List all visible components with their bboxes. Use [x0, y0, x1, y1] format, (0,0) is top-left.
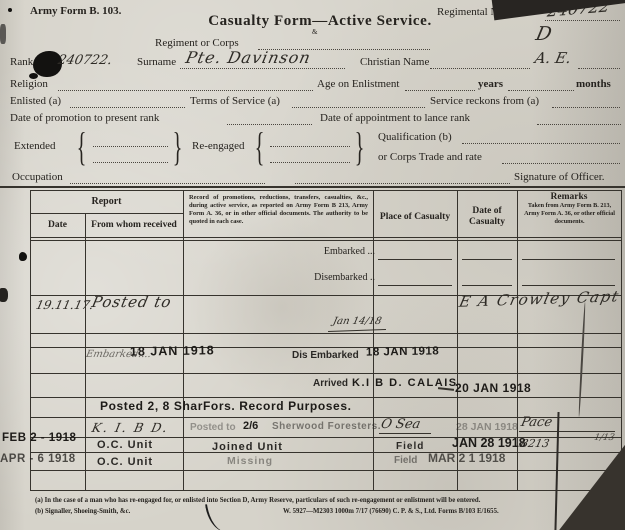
record-column-header: Record of promotions, reductions, transf…	[189, 194, 368, 226]
strike-line	[328, 329, 386, 332]
kibd-entry: K. I. B D.	[91, 421, 171, 435]
table-line	[30, 333, 622, 334]
dotted-leader	[405, 90, 475, 91]
table-line	[30, 240, 622, 241]
report-date-entry: 19.11.17.	[35, 299, 95, 312]
entry-rule	[378, 259, 452, 260]
o-sea-entry: O Sea	[379, 418, 421, 432]
missing-stamp: Missing	[227, 456, 273, 468]
occupation-label: Occupation	[12, 171, 63, 183]
oc-unit-stamp: O.C. Unit	[97, 439, 153, 451]
qualification-label: Qualification (b)	[378, 131, 452, 143]
form-number: Army Form B. 103.	[30, 5, 121, 17]
margin-note: 1/13	[593, 434, 615, 444]
extended-label: Extended	[14, 140, 56, 152]
section-d-mark: D	[534, 24, 554, 45]
service-reckons-label: Service reckons from (a)	[430, 95, 539, 107]
edge-mark	[0, 288, 8, 302]
place-column-header: Place of Casualty	[373, 212, 457, 222]
dotted-leader	[537, 124, 621, 125]
sherwood-foresters-stamp: Sherwood Foresters.	[272, 421, 381, 432]
posted-record-stamp: Posted 2, 8 SharFors. Record Purposes.	[100, 400, 352, 413]
christian-name-label: Christian Name	[360, 56, 429, 68]
footnote-a: (a) In the case of a man who has re-enga…	[35, 497, 480, 504]
months-label: months	[576, 78, 611, 90]
divider-line	[0, 186, 625, 188]
dotted-leader	[93, 146, 168, 147]
oc-unit-stamp: O.C. Unit	[97, 456, 153, 468]
edge-mark	[0, 24, 6, 44]
dotted-leader	[552, 107, 620, 108]
jan28-date-stamp: JAN 28 1918	[452, 437, 526, 451]
b213-note: B213	[519, 438, 551, 450]
table-border	[30, 190, 622, 191]
ink-speck	[8, 8, 12, 12]
pen-stroke	[379, 433, 431, 434]
entry-rule	[522, 259, 615, 260]
entry-rule	[462, 259, 512, 260]
dotted-leader	[58, 90, 313, 91]
dotted-leader	[508, 90, 574, 91]
officer-signature: E A Crowley Capt	[458, 288, 622, 310]
table-line	[30, 373, 622, 374]
printer-imprint: W. 5927—M2303 1000m 7/17 (76690) C. P. &…	[283, 508, 499, 515]
arrived-date-stamp: 20 JAN 1918	[455, 382, 531, 395]
page-title: Casualty Form—Active Service.	[170, 13, 470, 30]
years-label: years	[478, 78, 503, 90]
posted-to-faint-stamp: Posted to	[190, 422, 236, 433]
entry-rule	[522, 285, 615, 286]
pen-squiggle	[205, 502, 227, 530]
surname-value: Pte. Davinson	[184, 49, 313, 67]
disembarked-date-stamp: 18 JAN 1918	[366, 345, 439, 359]
table-border	[30, 490, 622, 491]
field-stamp: Field	[394, 455, 417, 466]
religion-label: Religion	[10, 78, 48, 90]
posted-to-entry: Posted to	[90, 294, 173, 311]
dotted-leader	[545, 20, 620, 21]
dotted-leader	[93, 162, 168, 163]
dotted-leader	[462, 143, 620, 144]
column-divider	[373, 190, 374, 490]
dotted-leader	[180, 68, 345, 69]
unit-fraction-stamp: 2/6	[243, 420, 258, 432]
dotted-leader	[578, 68, 620, 69]
disembarked-entry-label: Dis Embarked	[292, 350, 359, 361]
corps-trade-label: or Corps Trade and rate	[378, 151, 482, 163]
dotted-leader	[227, 124, 312, 125]
table-line	[30, 397, 622, 398]
table-line	[30, 452, 622, 453]
table-line	[30, 470, 622, 471]
arrived-label: Arrived	[313, 378, 348, 389]
table-border	[621, 190, 622, 490]
christian-name-value: A. E.	[533, 50, 573, 67]
dotted-leader	[292, 107, 425, 108]
footnote-mark: &	[312, 29, 317, 37]
embarked-label: Embarked ...	[280, 246, 375, 257]
dotted-leader	[70, 183, 265, 184]
disembarked-label: Disembarked ..	[280, 272, 375, 283]
entry-rule	[462, 285, 512, 286]
lance-rank-label: Date of appointment to lance rank	[320, 112, 470, 124]
table-line	[30, 213, 183, 214]
embarked-date-stamp: 18 JAN 1918	[130, 344, 215, 359]
remarks-column-header: Remarks	[517, 192, 621, 202]
rank-value: 240722.	[56, 54, 113, 68]
brace-glyph: }	[173, 127, 183, 167]
joined-unit-stamp: Joined Unit	[212, 441, 283, 453]
dotted-leader	[430, 68, 530, 69]
mar-date-stamp: MAR 2 1 1918	[428, 452, 505, 465]
terms-of-service-label: Terms of Service (a)	[190, 95, 280, 107]
report-column-header: Report	[30, 196, 183, 207]
jan-note: Jan 14/18	[332, 316, 383, 327]
footnote-b: (b) Signaller, Shoeing-Smith, &c.	[35, 508, 130, 515]
signature-of-officer-label: Signature of Officer.	[514, 171, 605, 183]
remarks-column-subheader: Taken from Army Form B. 213, Army Form A…	[523, 202, 616, 225]
rank-label: Rank	[10, 56, 33, 68]
surname-label: Surname	[137, 56, 176, 68]
from-whom-column-header: From whom received	[85, 220, 183, 230]
field-stamp: Field	[396, 441, 424, 452]
feb-date-stamp: FEB 2 - 1918	[2, 432, 76, 445]
date-column-header: Date	[30, 220, 85, 230]
brace-glyph: {	[255, 127, 265, 167]
table-line	[30, 347, 622, 348]
signature-tail-stroke	[578, 302, 586, 417]
date-of-casualty-header: Casualty	[457, 217, 517, 227]
entry-rule	[378, 285, 452, 286]
dotted-leader	[502, 163, 620, 164]
table-line	[30, 237, 622, 238]
age-label: Age on Enlistment	[317, 78, 400, 90]
reengaged-label: Re-engaged	[192, 140, 245, 152]
casualty-form-page: Army Form B. 103. Casualty Form—Active S…	[0, 0, 625, 530]
apr-date-stamp: APR - 6 1918	[0, 453, 76, 466]
pen-stroke	[438, 387, 454, 391]
date-of-casualty-header: Date of	[457, 206, 517, 216]
dotted-leader	[70, 107, 185, 108]
brace-glyph: {	[77, 127, 87, 167]
promotion-label: Date of promotion to present rank	[10, 112, 159, 124]
table-border	[30, 190, 31, 490]
pen-stroke	[519, 431, 615, 432]
ink-speck	[19, 252, 27, 261]
faint-date-stamp: 28 JAN 1918	[456, 422, 518, 434]
pace-entry: Pace	[519, 416, 553, 430]
enlisted-label: Enlisted (a)	[10, 95, 61, 107]
dotted-leader	[270, 162, 350, 163]
column-divider	[183, 190, 184, 490]
brace-glyph: }	[355, 127, 365, 167]
dotted-leader	[270, 146, 350, 147]
dotted-leader	[295, 183, 510, 184]
